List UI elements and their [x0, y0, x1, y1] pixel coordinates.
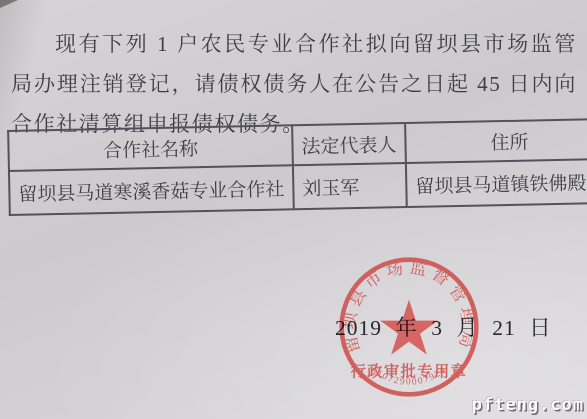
cell-address: 留坝县马道镇铁佛殿村: [406, 159, 587, 207]
cell-legal-representative: 刘玉军: [293, 163, 407, 209]
photo-corner-shadow: [0, 0, 18, 8]
watermark-text: pfteng.com: [472, 395, 584, 415]
header-cooperative-name: 合作社名称: [8, 125, 293, 171]
cell-cooperative-name: 留坝县马道寒溪香菇专业合作社: [9, 165, 294, 215]
header-address: 住所: [405, 119, 587, 163]
header-legal-representative: 法定代表人: [292, 123, 406, 165]
scanned-document-page: 现有下列 1 户农民专业合作社拟向留坝县市场监管局办理注销登记，请债权债务人在公…: [0, 0, 587, 419]
cooperative-table: 合作社名称 法定代表人 住所 留坝县马道寒溪香菇专业合作社 刘玉军 留坝县马道镇…: [7, 118, 587, 216]
issue-date: 2019 年 3 月 21 日: [335, 311, 552, 342]
